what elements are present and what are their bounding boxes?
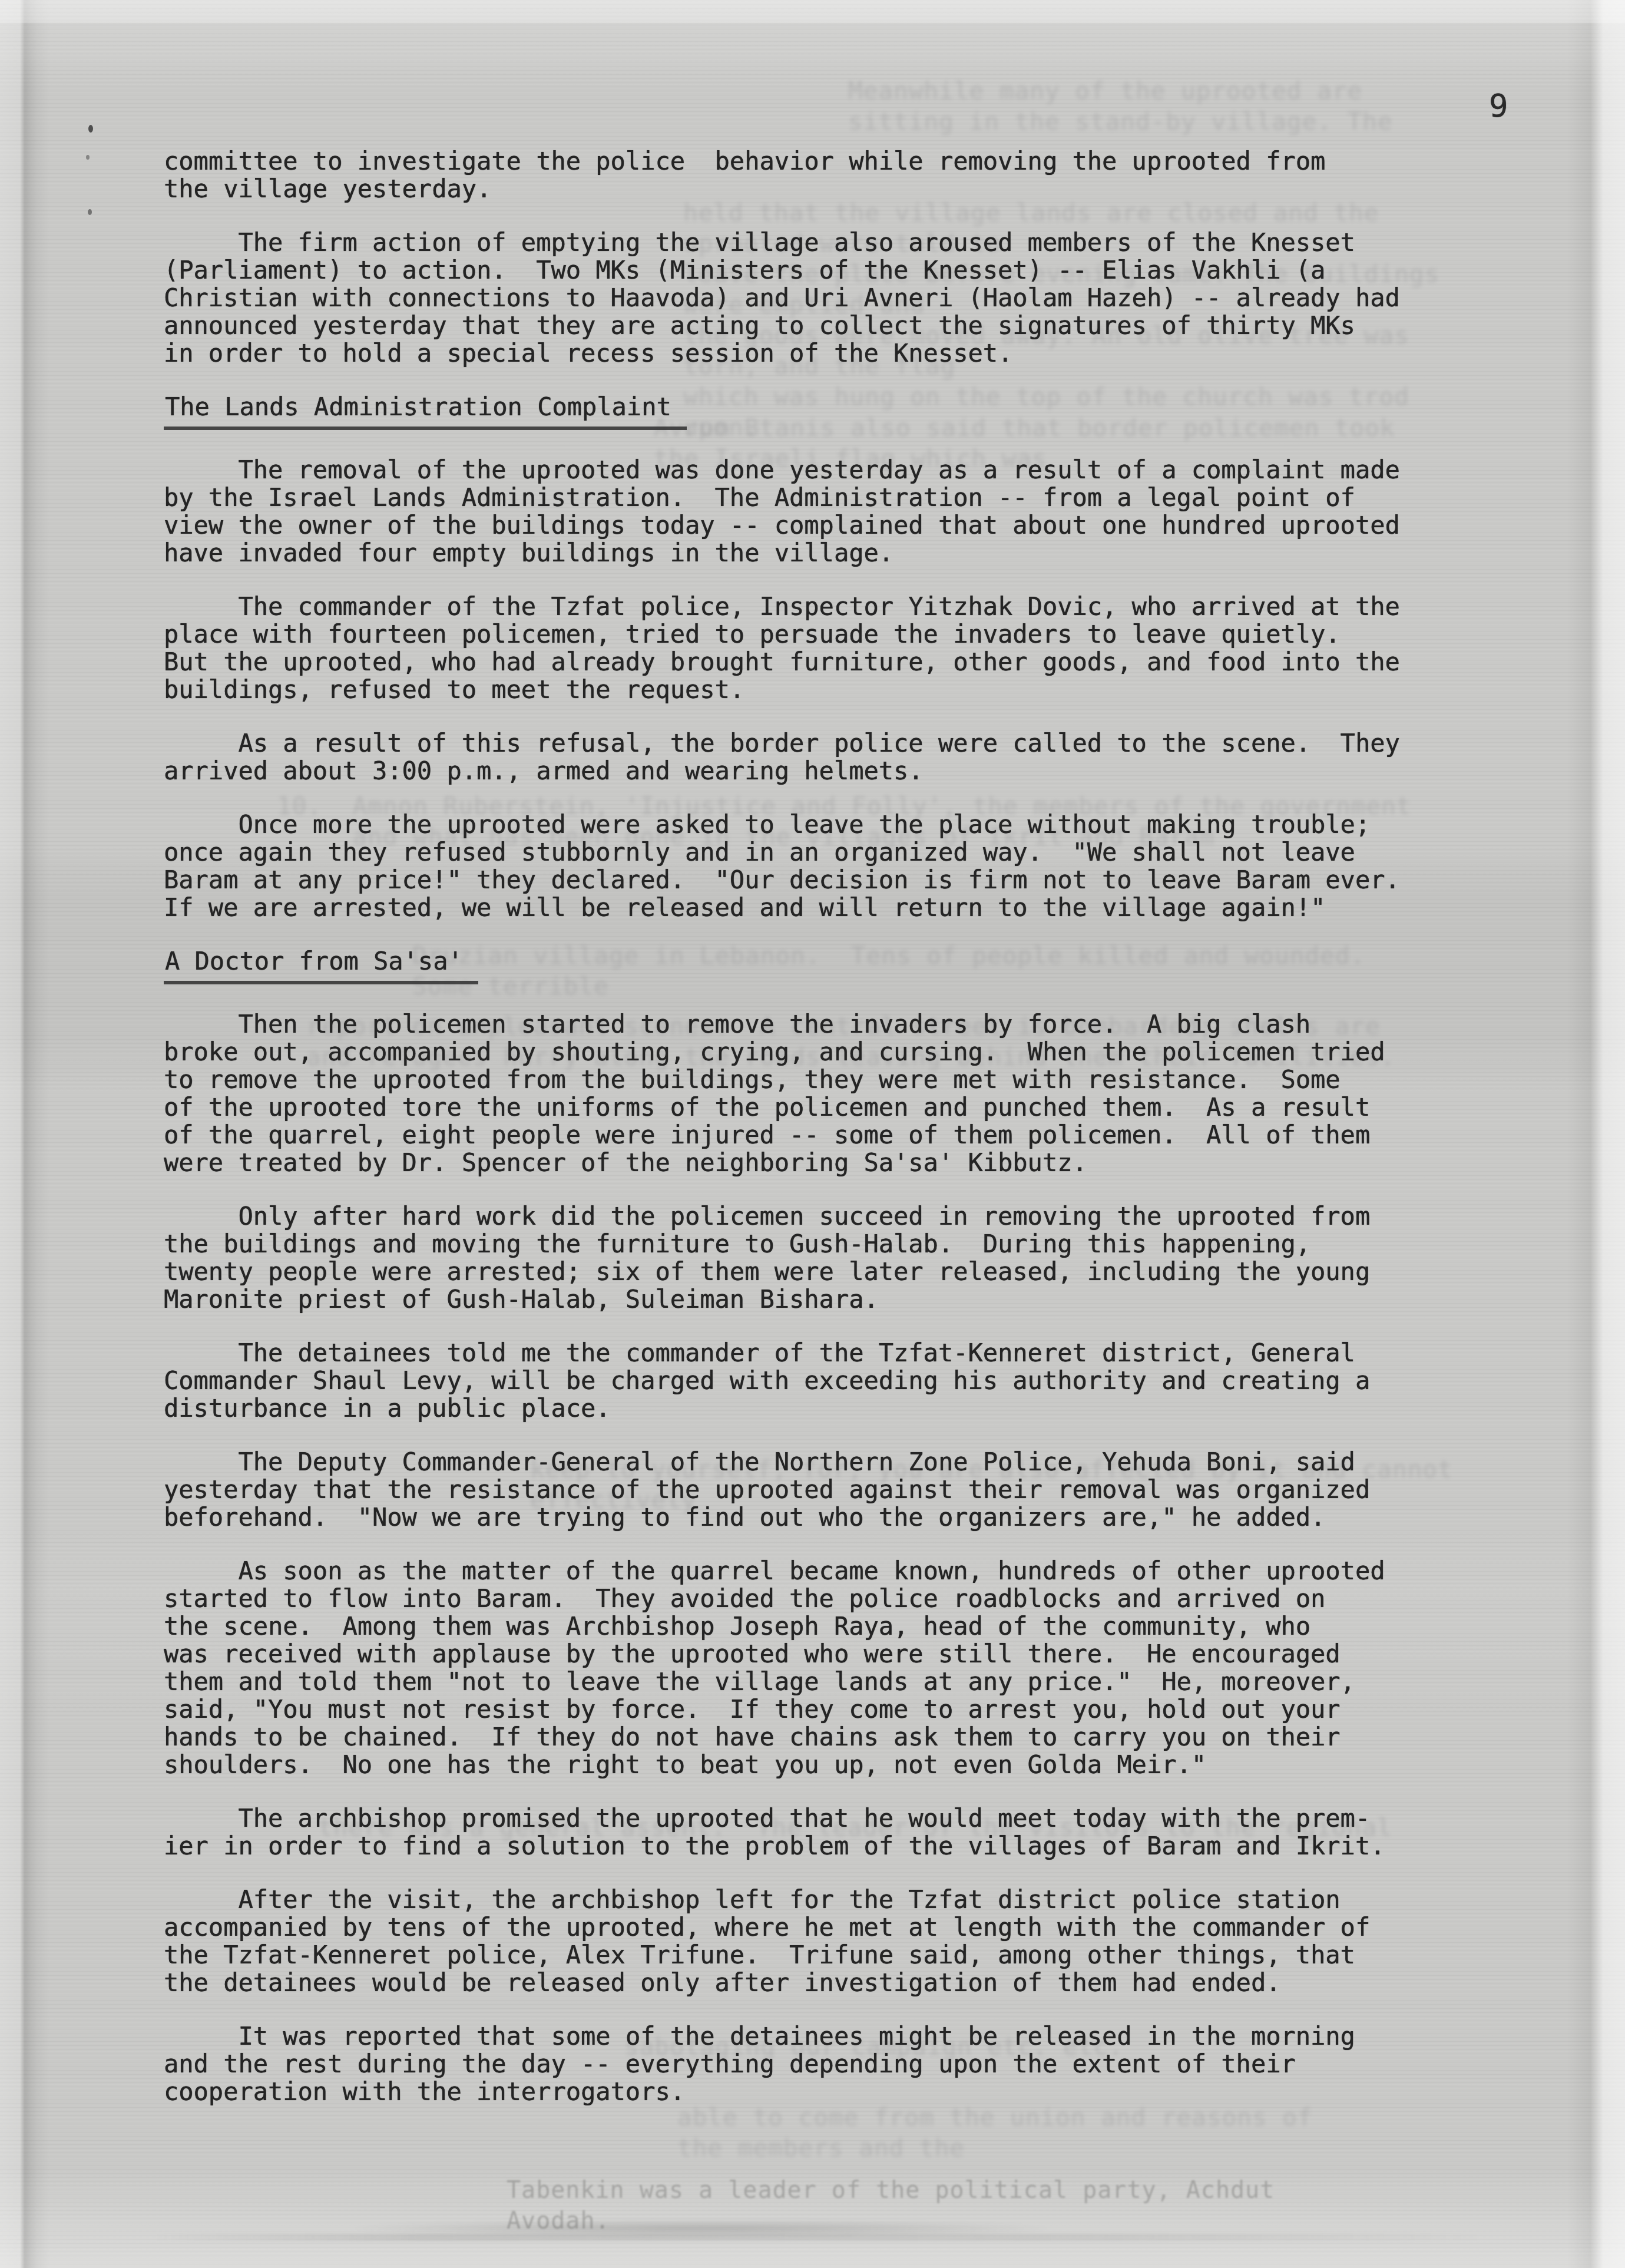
section-heading-lands-administration: The Lands Administration Complaint (164, 393, 1442, 430)
body-paragraph: After the visit, the archbishop left for… (164, 1886, 1442, 1996)
ink-speck (88, 209, 92, 215)
body-paragraph: Then the policemen started to remove the… (164, 1010, 1442, 1176)
body-paragraph: Only after hard work did the policemen s… (164, 1202, 1442, 1313)
body-paragraph: As soon as the matter of the quarrel bec… (164, 1557, 1442, 1778)
document-body: committee to investigate the police beha… (164, 147, 1442, 2131)
body-paragraph: It was reported that some of the detaine… (164, 2022, 1442, 2105)
body-paragraph: Once more the uprooted were asked to lea… (164, 811, 1442, 921)
section-heading-text: A Doctor from Sa'sa' (164, 947, 478, 984)
body-paragraph: committee to investigate the police beha… (164, 147, 1442, 203)
body-paragraph: The Deputy Commander-General of the Nort… (164, 1448, 1442, 1531)
ghost-text: Meanwhile many of the uprooted are sitti… (848, 75, 1437, 137)
body-paragraph: The removal of the uprooted was done yes… (164, 456, 1442, 567)
body-paragraph: The archbishop promised the uprooted tha… (164, 1804, 1442, 1860)
ink-speck (86, 155, 90, 160)
scanned-page: 9 Meanwhile many of the uprooted are sit… (0, 0, 1625, 2268)
page-number: 9 (1489, 87, 1508, 124)
body-paragraph: As a result of this refusal, the border … (164, 729, 1442, 785)
body-paragraph: The firm action of emptying the village … (164, 229, 1442, 367)
ink-speck (88, 125, 93, 133)
footnote-ghost: Tabenkin was a leader of the political p… (507, 2175, 1284, 2236)
section-heading-text: The Lands Administration Complaint (164, 393, 687, 430)
body-paragraph: The commander of the Tzfat police, Inspe… (164, 593, 1442, 703)
body-paragraph: The detainees told me the commander of t… (164, 1339, 1442, 1422)
section-heading-doctor-from-sasa: A Doctor from Sa'sa' (164, 947, 1442, 984)
